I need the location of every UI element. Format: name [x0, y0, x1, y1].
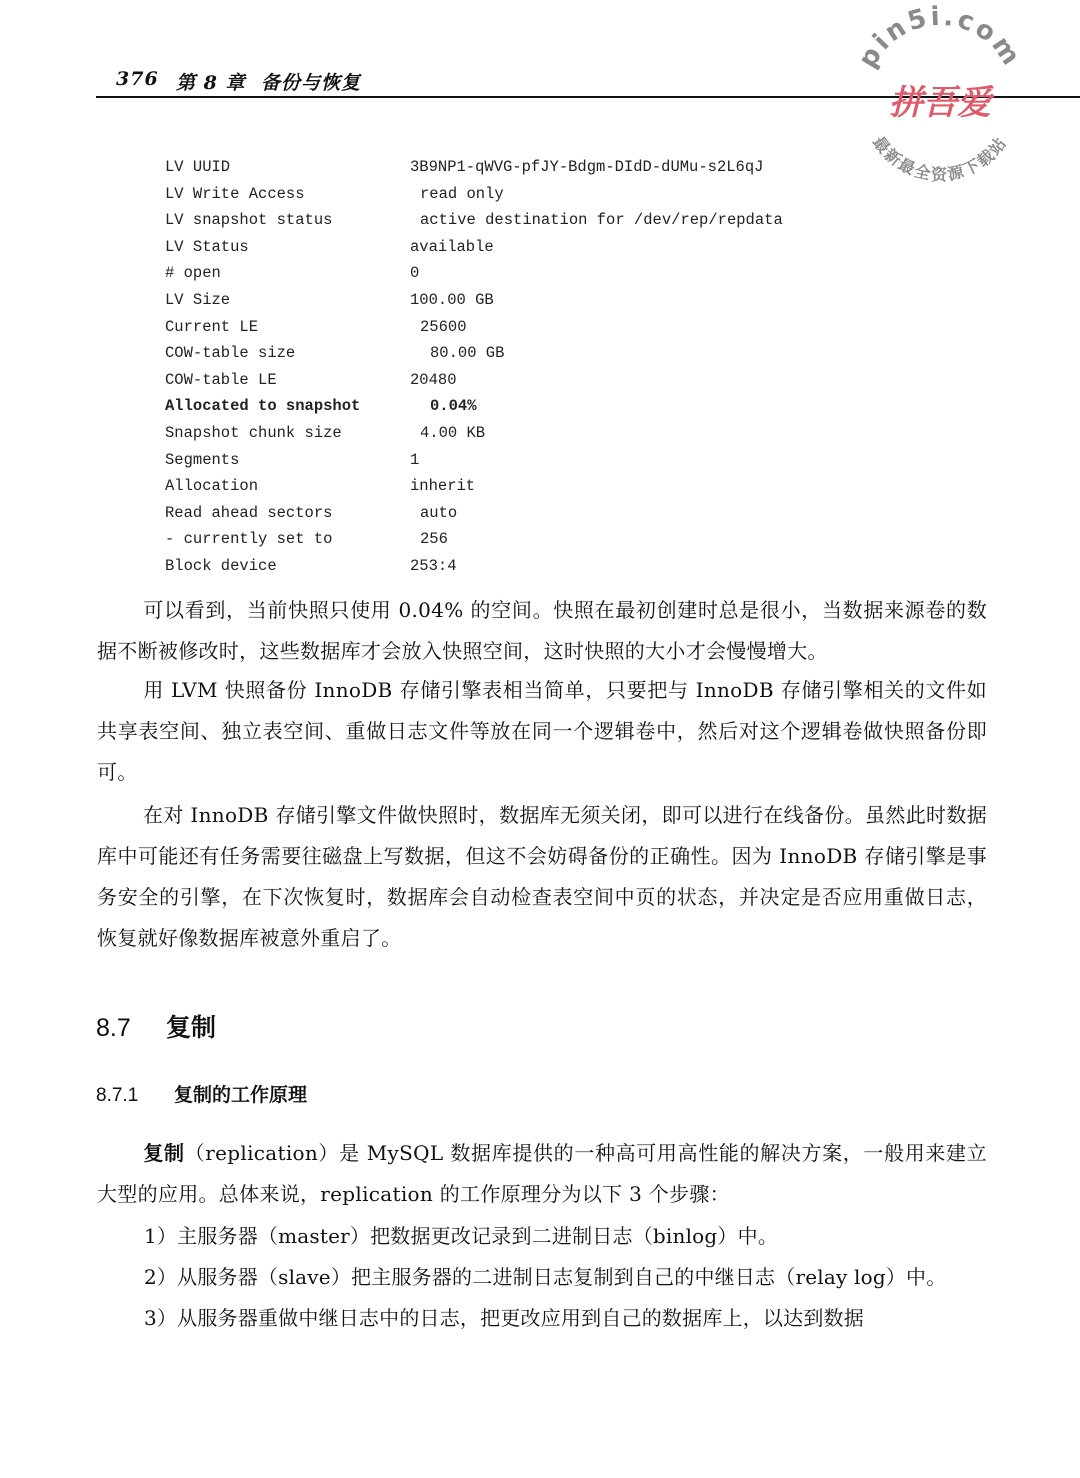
- page-number: 376: [116, 68, 159, 90]
- subsection-heading: 8.7.1复制的工作原理: [96, 1080, 307, 1107]
- watermark-stamp: pin5i.com 最新最全资源下载站 拼吾爱: [840, 2, 1040, 192]
- paragraph-snapshot-usage: 可以看到，当前快照只使用 0.04% 的空间。快照在最初创建时总是很小，当数据来…: [97, 590, 987, 672]
- step-item: 1）主服务器（master）把数据更改记录到二进制日志（binlog）中。: [144, 1216, 778, 1257]
- svg-text:最新最全资源下载站: 最新最全资源下载站: [869, 133, 1011, 184]
- section-heading: 8.7复制: [96, 1008, 216, 1044]
- paragraph-online-backup: 在对 InnoDB 存储引擎文件做快照时，数据库无须关闭，即可以进行在线备份。虽…: [97, 795, 987, 959]
- section-title: 复制: [166, 1014, 216, 1042]
- step-item: 3）从服务器重做中继日志中的日志，把更改应用到自己的数据库上，以达到数据: [144, 1298, 864, 1339]
- paragraph-lvm-innodb: 用 LVM 快照备份 InnoDB 存储引擎表相当简单，只要把与 InnoDB …: [97, 670, 987, 793]
- svg-text:pin5i.com: pin5i.com: [853, 2, 1027, 73]
- subsection-title: 复制的工作原理: [174, 1085, 307, 1106]
- step-item: 2）从服务器（slave）把主服务器的二进制日志复制到自己的中继日志（relay…: [144, 1257, 946, 1298]
- chapter-label: 第 8 章: [176, 68, 245, 95]
- svg-text:拼吾爱: 拼吾爱: [889, 83, 995, 123]
- paragraph-replication-intro: 复制（replication）是 MySQL 数据库提供的一种高可用高性能的解决…: [97, 1133, 987, 1215]
- watermark-seal-icon: pin5i.com 最新最全资源下载站 拼吾爱: [840, 2, 1040, 192]
- subsection-number: 8.7.1: [96, 1085, 174, 1107]
- chapter-title: 备份与恢复: [261, 68, 361, 95]
- section-number: 8.7: [96, 1014, 166, 1043]
- bold-term: 复制: [143, 1141, 185, 1165]
